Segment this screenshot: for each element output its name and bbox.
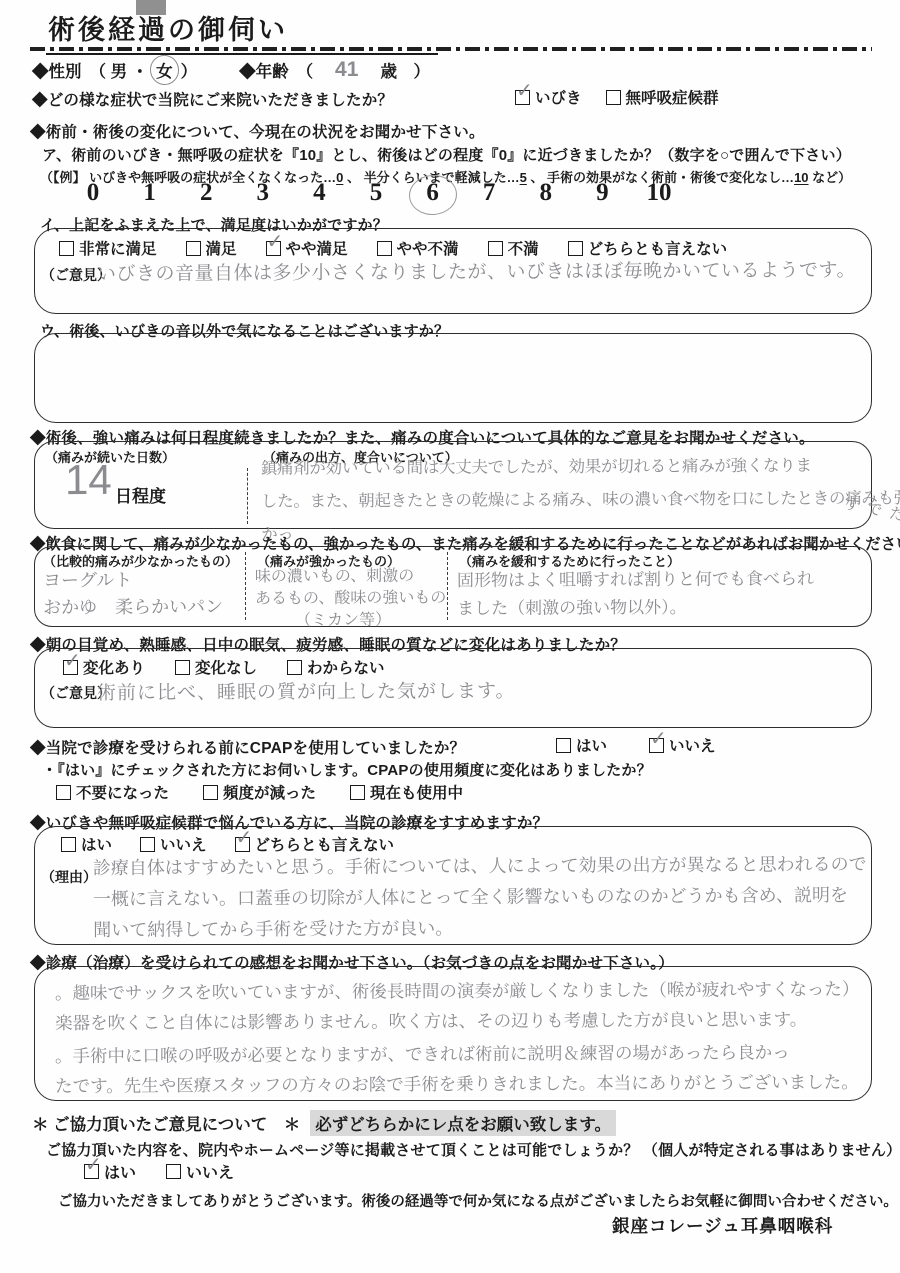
checkbox-icon: ✓	[84, 1164, 99, 1179]
clinic-name: 銀座コレージュ耳鼻咽喉科	[612, 1213, 833, 1238]
symptom-question: ◆どの様な症状で当院にご来院いただきましたか？	[32, 88, 393, 110]
option-label: 変化なし	[195, 656, 257, 678]
sleep-comment-handwritten: 術前に比べ、睡眠の質が向上した気がします。	[97, 676, 516, 705]
option-label: やや満足	[286, 237, 348, 259]
checkbox-icon: ✓	[649, 738, 664, 753]
checkbox-icon: ✓	[568, 241, 583, 256]
option-label: いびき	[535, 86, 582, 108]
scale-number: 4	[302, 179, 336, 207]
check-mark-icon: ✓	[650, 729, 667, 749]
symptom-options: ✓ いびき ✓ 無呼吸症候群	[515, 86, 719, 108]
pain-days-handwritten: 14	[65, 456, 112, 504]
option-still-using: ✓ 現在も使用中	[350, 781, 463, 803]
scale-number: 9	[585, 179, 619, 207]
option-label: やや不満	[397, 237, 459, 259]
check-mark-icon: ✓	[267, 232, 284, 252]
gender-options-post: ）	[181, 58, 198, 82]
option-satisfied: ✓ 満足	[186, 237, 237, 259]
cpap-question: ◆当院で診療を受けられる前にCPAPを使用していましたか？	[30, 736, 465, 758]
impression-note-surgery-handwritten: 。手術中に口喉の呼吸が必要となりますが、できれば術前に説明＆練習の場があったら良…	[55, 1037, 860, 1101]
scale-number: 1	[133, 179, 167, 207]
option-dissatisfied: ✓ 不満	[488, 237, 539, 259]
option-label: 不満	[508, 237, 539, 259]
scale-number: 2	[189, 179, 223, 207]
change-question-a: ア、術前のいびき・無呼吸の症状を『10』とし、術後はどの程度『0』に近づきました…	[42, 144, 851, 165]
pain-answer-box: （痛みが続いた日数） （痛みの出方、度合いについて） 14 日程度 鎮痛剤が効い…	[34, 441, 872, 529]
option-label: はい	[576, 734, 607, 756]
pain-days-unit: 日程度	[115, 482, 166, 507]
example-value-10: 10	[794, 170, 808, 185]
column-divider	[447, 552, 448, 620]
option-yes: ✓ はい	[556, 734, 607, 756]
diet-col-less-pain-handwritten: ヨーグルト おかゆ 柔らかいパン	[43, 567, 223, 622]
option-label: いいえ	[186, 1160, 234, 1183]
sleep-options: ✓ 変化あり ✓ 変化なし ✓ わからない	[63, 656, 385, 678]
option-snoring: ✓ いびき	[515, 86, 582, 108]
checkbox-icon: ✓	[166, 1164, 181, 1179]
checkbox-snoring-icon: ✓	[515, 90, 530, 105]
checkbox-icon: ✓	[350, 785, 365, 800]
check-mark-icon: ✓	[64, 651, 81, 671]
option-label: はい	[81, 833, 112, 855]
checkbox-icon: ✓	[186, 241, 201, 256]
checkbox-icon: ✓	[56, 785, 71, 800]
recommend-reason-box: ✓ はい ✓ いいえ ✓ どちらとも言えない （理由） 診療自体はすすめたいと思…	[34, 826, 872, 945]
scale-number-circled: 6	[416, 179, 450, 207]
checkbox-icon: ✓	[556, 738, 571, 753]
example-text: など）	[809, 170, 852, 185]
option-no-longer-needed: ✓ 不要になった	[56, 781, 169, 803]
age-value-handwritten: 41	[335, 58, 358, 82]
age-label: ◆年齢	[239, 58, 289, 82]
severity-scale: 0 1 2 3 4 5 6 7 8 9 10	[76, 179, 676, 207]
checkbox-icon: ✓	[59, 241, 74, 256]
check-mark-icon: ✓	[516, 81, 533, 101]
option-somewhat-satisfied: ✓ やや満足	[266, 237, 348, 259]
change-heading: ◆術前・術後の変化について、今現在の状況をお聞かせ下さい。	[30, 120, 485, 142]
checkbox-apnea-icon: ✓	[606, 90, 621, 105]
recommend-reason-handwritten: 診療自体はすすめたいと思う。手術については、人によって効果の出方が異なると思われ…	[93, 849, 878, 946]
option-label: いいえ	[669, 734, 716, 756]
scale-number: 7	[472, 179, 506, 207]
checkbox-icon: ✓	[266, 241, 281, 256]
option-unsure: ✓ わからない	[287, 656, 385, 678]
option-changed: ✓ 変化あり	[63, 656, 145, 678]
gender-options-pre: （ 男 ・	[90, 58, 149, 82]
option-label: はい	[104, 1160, 136, 1183]
option-label: 現在も使用中	[370, 781, 463, 803]
scale-number: 10	[642, 179, 676, 207]
checkbox-icon: ✓	[61, 837, 76, 852]
satisfaction-comment-handwritten: いびきの音量自体は多少小さくなりましたが、いびきはほぼ毎晩かいているようです。	[97, 255, 856, 286]
consent-note-highlight: 必ずどちらかにレ点をお願い致します。	[310, 1110, 616, 1136]
profile-row: ◆性別 （ 男 ・ 女 ） ◆年齢 （ 41 歳 ）	[32, 58, 430, 82]
gender-label: ◆性別	[32, 58, 82, 82]
option-label: 頻度が減った	[223, 781, 316, 803]
cpap-options: ✓ はい ✓ いいえ	[556, 734, 716, 756]
option-no: ✓ いいえ	[649, 734, 716, 756]
column-divider	[245, 552, 246, 620]
option-yes: ✓ はい	[61, 833, 112, 855]
option-label: 変化あり	[83, 656, 145, 678]
option-apnea: ✓ 無呼吸症候群	[606, 86, 719, 108]
check-mark-icon: ✓	[85, 1155, 102, 1175]
dash-dot-rule	[30, 47, 872, 51]
checkbox-icon: ✓	[140, 837, 155, 852]
impressions-box: 。趣味でサックスを吹いていますが、術後長時間の演奏が厳しくなりました（喉が疲れや…	[34, 966, 872, 1101]
scale-number: 8	[529, 179, 563, 207]
checkbox-icon: ✓	[203, 785, 218, 800]
reason-label: （理由）	[41, 867, 97, 887]
gender-value-circled: 女	[156, 58, 173, 82]
consent-question: ご協力頂いた内容を、院内やホームページ等に掲載させて頂くことは可能でしょうか？ …	[46, 1139, 900, 1160]
option-yes: ✓ はい	[84, 1160, 136, 1183]
check-mark-icon: ✓	[236, 828, 253, 848]
thanks-note: ご協力いただきましてありがとうございます。術後の経過等で何か気になる点がございま…	[58, 1190, 898, 1211]
option-less-frequent: ✓ 頻度が減った	[203, 781, 316, 803]
checkbox-icon: ✓	[63, 660, 78, 675]
option-very-satisfied: ✓ 非常に満足	[59, 237, 157, 259]
scale-number: 5	[359, 179, 393, 207]
age-paren-open: （	[297, 58, 314, 82]
satisfaction-comment-box: ✓ 非常に満足 ✓ 満足 ✓ やや満足 ✓ やや不満 ✓ 不満 ✓ どちらとも言…	[34, 228, 872, 314]
age-paren-close: 歳 ）	[381, 58, 431, 82]
option-no-change: ✓ 変化なし	[175, 656, 257, 678]
scale-number: 0	[76, 179, 110, 207]
checkbox-icon: ✓	[377, 241, 392, 256]
cpap-followup-options: ✓ 不要になった ✓ 頻度が減った ✓ 現在も使用中	[56, 781, 463, 803]
option-label: 不要になった	[76, 781, 169, 803]
checkbox-icon: ✓	[175, 660, 190, 675]
option-label: 無呼吸症候群	[626, 86, 719, 108]
option-label: 非常に満足	[79, 237, 157, 259]
impression-note-sax-handwritten: 。趣味でサックスを吹いていますが、術後長時間の演奏が厳しくなりました（喉が疲れや…	[55, 974, 860, 1038]
scanned-questionnaire-page: 術後経過の御伺い ◆性別 （ 男 ・ 女 ） ◆年齢 （ 41 歳 ） ◆どの様…	[0, 0, 900, 1273]
option-somewhat-dissatisfied: ✓ やや不満	[377, 237, 459, 259]
diet-answer-box: （比較的痛みが少なかったもの） ヨーグルト おかゆ 柔らかいパン （痛みが強かっ…	[34, 546, 872, 627]
column-divider	[247, 468, 248, 524]
option-label: わからない	[307, 656, 385, 678]
other-concerns-box-empty	[34, 333, 872, 423]
sleep-comment-box: ✓ 変化あり ✓ 変化なし ✓ わからない （ご意見） 術前に比べ、睡眠の質が向…	[34, 648, 872, 728]
consent-options: ✓ はい ✓ いいえ	[84, 1160, 234, 1183]
checkbox-icon: ✓	[287, 660, 302, 675]
diet-col-relief-handwritten: 固形物はよく咀嚼すれば割りと何でも食べられ ました（刺激の強い物以外）。	[457, 565, 867, 623]
checkbox-icon: ✓	[488, 241, 503, 256]
diet-col-strong-pain-handwritten: 味の濃いもの、刺激の あるもの、酸味の強いもの （ミカン等）	[255, 565, 447, 632]
consent-note-label: ＊ ご協力頂いたご意見について ＊	[32, 1111, 300, 1135]
scale-number: 3	[246, 179, 280, 207]
cpap-followup-question: ・『はい』にチェックされた方にお伺いします。CPAPの使用頻度に変化はありました…	[42, 759, 652, 780]
option-no: ✓ いいえ	[166, 1160, 234, 1183]
consent-note-row: ＊ ご協力頂いたご意見について ＊ 必ずどちらかにレ点をお願い致します。	[32, 1110, 616, 1136]
checkbox-icon: ✓	[235, 837, 250, 852]
option-label: 満足	[206, 237, 237, 259]
